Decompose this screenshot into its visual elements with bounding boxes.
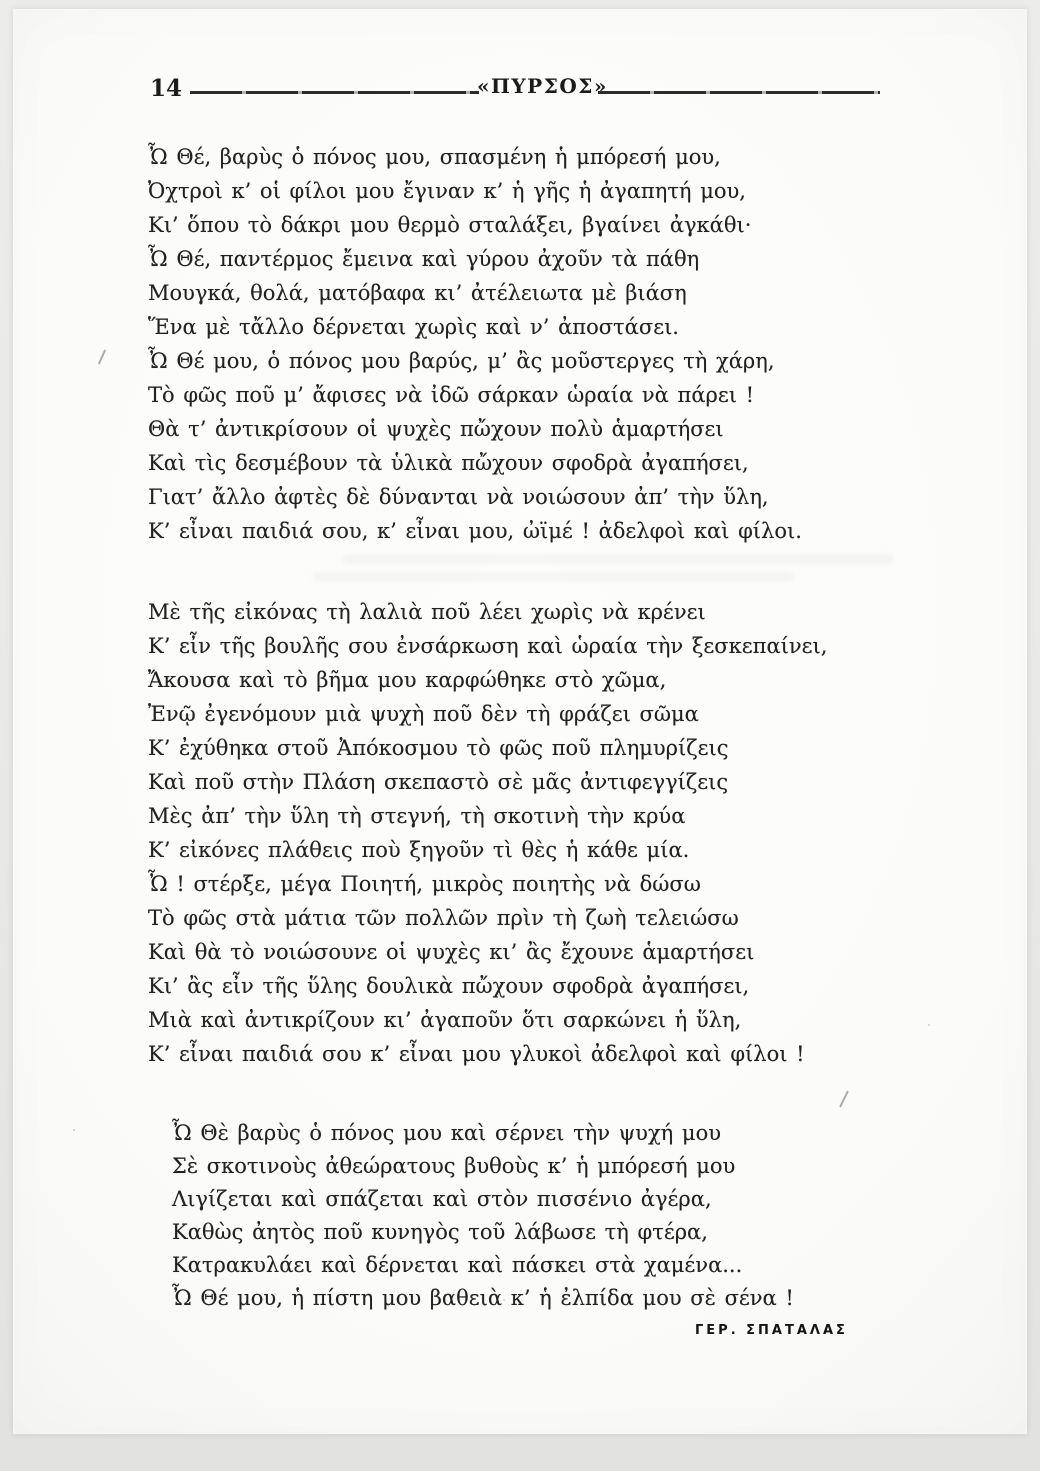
poem-line: Θὰ τ’ ἀντικρίσουν οἱ ψυχὲς πὤχουν πολὺ ἁ…	[148, 412, 802, 446]
stanza-2: Μὲ τῆς εἰκόνας τὴ λαλιὰ ποῦ λέει χωρὶς ν…	[148, 595, 827, 1071]
poem-line: Ἕνα μὲ τἄλλο δέρνεται χωρὶς καὶ ν’ ἀποστ…	[148, 310, 802, 344]
poem-line: Ἐνῷ ἐγενόμουν μιὰ ψυχὴ ποῦ δὲν τὴ φράζει…	[148, 697, 827, 731]
poem-line: Ὀχτροὶ κ’ οἱ φίλοι μου ἔγιναν κ’ ἡ γῆς ἡ…	[148, 174, 802, 208]
poem-line: Ὦ Θέ, βαρὺς ὁ πόνος μου, σπασμένη ἡ μπόρ…	[148, 140, 802, 174]
poem-line: Μὲ τῆς εἰκόνας τὴ λαλιὰ ποῦ λέει χωρὶς ν…	[148, 595, 827, 629]
poem-line: Κ’ εἶναι παιδιά σου, κ’ εἶναι μου, ὠϊμέ …	[148, 514, 802, 548]
poem-line: Τὸ φῶς ποῦ μ’ ἄφισες νὰ ἰδῶ σάρκαν ὡραία…	[148, 378, 802, 412]
poem-line: Μιὰ καὶ ἀντικρίζουν κι’ ἀγαποῦν ὅτι σαρκ…	[148, 1003, 827, 1037]
scan-speck	[503, 1299, 505, 1301]
poem-line: Καθὼς ἀητὸς ποῦ κυνηγὸς τοῦ λάβωσε τὴ φτ…	[172, 1216, 794, 1249]
scan-speck	[73, 1129, 75, 1131]
poem-line: Καὶ τὶς δεσμέβουν τὰ ὑλικὰ πὤχουν σφοδρὰ…	[148, 446, 802, 480]
poem-line: Ὦ ! στέρξε, μέγα Ποιητή, μικρὸς ποιητὴς …	[148, 867, 827, 901]
pen-mark	[839, 1090, 849, 1107]
poem-line: Ὦ Θέ μου, ὁ πόνος μου βαρύς, μ’ ἂς μοῦστ…	[148, 344, 802, 378]
scan-background: 14 «ΠΥΡΣΟΣ» Ὦ Θέ, βαρὺς ὁ πόνος μου, σπα…	[0, 0, 1040, 1471]
poem-line: Ὦ Θέ μου, ἡ πίστη μου βαθειὰ κ’ ἡ ἐλπίδα…	[172, 1282, 794, 1315]
poem-line: Κατρακυλάει καὶ δέρνεται καὶ πάσκει στὰ …	[172, 1249, 794, 1282]
poem-line: Κι’ ἂς εἶν τῆς ὕλης δουλικὰ πὤχουν σφοδρ…	[148, 969, 827, 1003]
poem-line: Μουγκά, θολά, ματόβαφα κι’ ἀτέλειωτα μὲ …	[148, 276, 802, 310]
poem-line: Λιγίζεται καὶ σπάζεται καὶ στὸν πισσένιο…	[172, 1183, 794, 1216]
show-through-artifact	[313, 572, 793, 581]
poem-line: Ἄκουσα καὶ τὸ βῆμα μου καρφώθηκε στὸ χῶμ…	[148, 663, 827, 697]
stanza-3: Ὦ Θὲ βαρὺς ὁ πόνος μου καὶ σέρνει τὴν ψυ…	[172, 1117, 794, 1315]
show-through-artifact	[343, 555, 893, 564]
poem-line: Κ’ εἰκόνες πλάθεις ποὺ ξηγοῦν τὶ θὲς ἡ κ…	[148, 833, 827, 867]
poem-line: Κ’ ἐχύθηκα στοῦ Ἀπόκοσμου τὸ φῶς ποῦ πλη…	[148, 731, 827, 765]
pen-mark	[98, 349, 106, 364]
stanza-1: Ὦ Θέ, βαρὺς ὁ πόνος μου, σπασμένη ἡ μπόρ…	[148, 140, 802, 548]
poem-line: Καὶ θὰ τὸ νοιώσουνε οἱ ψυχὲς κι’ ἂς ἔχου…	[148, 935, 827, 969]
scan-speck	[928, 1024, 930, 1026]
header-rule-right	[598, 91, 880, 94]
scanned-page: 14 «ΠΥΡΣΟΣ» Ὦ Θέ, βαρὺς ὁ πόνος μου, σπα…	[13, 9, 1027, 1434]
poem-line: Ὦ Θέ, παντέρμος ἔμεινα καὶ γύρου ἀχοῦν τ…	[148, 242, 802, 276]
poem-line: Γιατ’ ἄλλο ἀφτὲς δὲ δύνανται νὰ νοιώσουν…	[148, 480, 802, 514]
masthead-title: «ΠΥΡΣΟΣ»	[477, 74, 599, 98]
poem-line: Κ’ εἶν τῆς βουλῆς σου ἐνσάρκωση καὶ ὡραί…	[148, 629, 827, 663]
header-rule-left	[190, 91, 479, 94]
page-number: 14	[150, 75, 182, 102]
poem-line: Ὦ Θὲ βαρὺς ὁ πόνος μου καὶ σέρνει τὴν ψυ…	[172, 1117, 794, 1150]
poem-line: Καὶ ποῦ στὴν Πλάση σκεπαστὸ σὲ μᾶς ἀντιφ…	[148, 765, 827, 799]
poem-line: Κ’ εἶναι παιδιά σου κ’ εἶναι μου γλυκοὶ …	[148, 1037, 827, 1071]
author-signature: ΓΕΡ. ΣΠΑΤΑΛΑΣ	[695, 1323, 848, 1338]
poem-line: Σὲ σκοτινοὺς ἀθεώρατους βυθοὺς κ’ ἡ μπόρ…	[172, 1150, 794, 1183]
poem-line: Τὸ φῶς στὰ μάτια τῶν πολλῶν πρὶν τὴ ζωὴ …	[148, 901, 827, 935]
poem-line: Μὲς ἀπ’ τὴν ὕλη τὴ στεγνή, τὴ σκοτινὴ τὴ…	[148, 799, 827, 833]
poem-line: Κι’ ὅπου τὸ δάκρι μου θερμὸ σταλάξει, βγ…	[148, 208, 802, 242]
